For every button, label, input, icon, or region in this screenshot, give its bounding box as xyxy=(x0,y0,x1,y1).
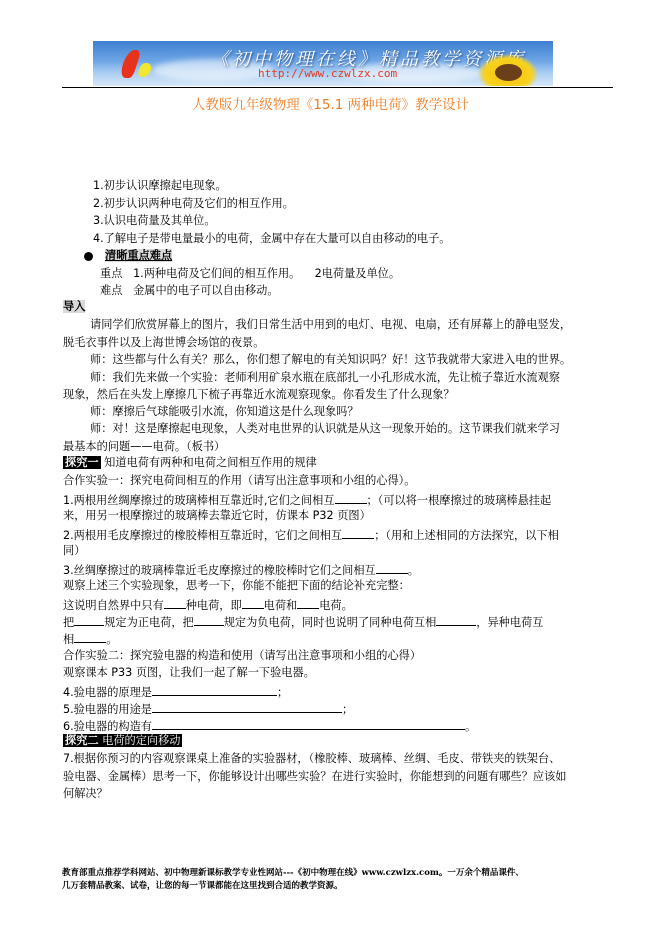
conclusion-text: 规定为正电荷，把 xyxy=(104,616,194,629)
conclusion-2-cont: 相。 xyxy=(63,631,117,647)
key-point-2: 2电荷量及单位。 xyxy=(315,267,400,280)
question-text: ；（可以将一根摩擦过的玻璃棒悬挂起 xyxy=(367,494,552,507)
intro-paragraph: 师：摩擦后气球能吸引水流，你知道这是什么现象吗？ xyxy=(90,405,359,419)
intro-heading-row: 导入 xyxy=(63,300,85,314)
key-point-1: 1.两种电荷及它们间的相互作用。 xyxy=(133,267,300,280)
explore2-title: 电荷的定向移动 xyxy=(102,734,180,747)
question-text: 2.两根用毛皮摩擦过的橡胶棒相互靠近时，它们之间相互 xyxy=(63,529,342,542)
objective-item: 1.初步认识摩擦起电现象。 xyxy=(93,179,227,193)
observe-prompt-2: 观察课本 P33 页图，让我们一起了解一下验电器。 xyxy=(63,666,315,680)
conclusion-text: 。 xyxy=(106,633,117,646)
question-text: 4.验电器的原理是 xyxy=(63,686,152,699)
explore1-tag: 探究一 xyxy=(63,456,101,469)
answer-blank[interactable] xyxy=(74,614,104,626)
conclusion-2: 把规定为正电荷，把规定为负电荷，同时也说明了同种电荷互相，异种电荷互 xyxy=(63,614,543,630)
conclusion-text: 把 xyxy=(63,616,74,629)
explore1-heading-row: 探究一 知道电荷有两种和电荷之间相互作用的规律 xyxy=(63,456,317,470)
question-2: 2.两根用毛皮摩擦过的橡胶棒相互靠近时，它们之间相互；（用和上述相同的方法探究，… xyxy=(63,527,559,543)
difficult-point-row: 难点 金属中的电子可以自由移动。 xyxy=(100,284,279,298)
intro-heading: 导入 xyxy=(63,300,85,313)
objective-item: 4.了解电子是带电量最小的电荷，金属中存在大量可以自由移动的电子。 xyxy=(93,232,451,246)
banner-url-link[interactable]: http://www.czwlzx.com xyxy=(258,67,397,80)
key-label: 重点 xyxy=(100,267,122,280)
explore1-title: 知道电荷有两种和电荷之间相互作用的规律 xyxy=(104,456,317,469)
question-text: 5.验电器的用途是 xyxy=(63,703,152,716)
conclusion-text: 种电荷，即 xyxy=(186,599,242,612)
observe-prompt: 观察上述三个实验现象，思考一下，你能不能把下面的结论补充完整： xyxy=(63,579,410,593)
intro-paragraph: 脱毛衣事件以及上海世博会场馆的夜景。 xyxy=(63,336,264,350)
question-text: ；（用和上述相同的方法探究，以下相 xyxy=(374,529,559,542)
answer-blank[interactable] xyxy=(194,614,224,626)
objective-item: 3.认识电荷量及其单位。 xyxy=(93,214,216,228)
answer-blank[interactable] xyxy=(152,718,465,730)
question-4: 4.验电器的原理是； xyxy=(63,684,288,700)
site-banner: 《初中物理在线》精品教学资源库 http://www.czwlzx.com xyxy=(93,41,553,86)
conclusion-text: 规定为负电荷，同时也说明了同种电荷互相 xyxy=(224,616,437,629)
question-3: 3.丝绸摩擦过的玻璃棒靠近毛皮摩擦过的橡胶棒时它们之间相互。 xyxy=(63,562,419,578)
question-text: 3.丝绸摩擦过的玻璃棒靠近毛皮摩擦过的橡胶棒时它们之间相互 xyxy=(63,564,376,577)
question-7-cont: 验电器、金属棒）思考一下，你能够设计出哪些实验？在进行实验时，你能想到的问题有哪… xyxy=(63,770,566,784)
sunflower-icon xyxy=(478,54,538,86)
conclusion-text: 电荷和 xyxy=(264,599,298,612)
objective-item: 2.初步认识两种电荷及它们的相互作用。 xyxy=(93,197,294,211)
intro-paragraph: 现象，然后在头发上摩擦几下梳子再靠近水流观察现象。你看发生了什么现象？ xyxy=(63,388,455,402)
answer-blank[interactable] xyxy=(74,631,106,643)
question-text: 。 xyxy=(408,564,419,577)
question-1: 1.两根用丝绸摩擦过的玻璃棒相互靠近时,它们之间相互；（可以将一根摩擦过的玻璃棒… xyxy=(63,492,551,508)
conclusion-text: ，异种电荷互 xyxy=(476,616,543,629)
explore2-heading-row: 探究二 电荷的定向移动 xyxy=(63,734,182,748)
conclusion-text: 相 xyxy=(63,633,74,646)
conclusion-1: 这说明自然界中只有种电荷，即电荷和电荷。 xyxy=(63,597,353,613)
question-6: 6.验电器的构造有。 xyxy=(63,718,476,734)
question-text: ； xyxy=(342,703,353,716)
intro-paragraph: 请同学们欣赏屏幕上的图片，我们日常生活中用到的电灯、电视、电扇，还有屏幕上的静电… xyxy=(90,318,571,332)
experiment2-heading: 合作实验二：探究验电器的构造和使用（请写出注意事项和小组的心得） xyxy=(63,649,421,663)
footer-line: 几万套精品教案、试卷，让您的每一节课都能在这里找到合适的教学资源。 xyxy=(62,879,343,891)
conclusion-text: 这说明自然界中只有 xyxy=(63,599,164,612)
explore2-heading: 探究二 电荷的定向移动 xyxy=(63,734,182,747)
conclusion-text: 电荷。 xyxy=(319,599,353,612)
difficult-label: 难点 xyxy=(100,284,122,297)
experiment1-heading: 合作实验一：探究电荷间相互的作用（请写出注意事项和小组的心得）。 xyxy=(63,474,415,488)
document-title: 人教版九年级物理《15.1 两种电荷》教学设计 xyxy=(0,93,661,113)
answer-blank[interactable] xyxy=(297,597,319,609)
key-points-heading: 清晰重点难点 xyxy=(105,249,172,262)
answer-blank[interactable] xyxy=(152,684,277,696)
explore2-tag: 探究二 xyxy=(65,734,99,747)
question-1-cont: 来，用另一根摩擦过的玻璃棒去靠近它时，仿课本 P32 页图） xyxy=(63,509,371,523)
answer-blank[interactable] xyxy=(164,597,186,609)
bullet-icon xyxy=(84,252,93,261)
answer-blank[interactable] xyxy=(376,562,408,574)
question-7: 7.根据你预习的内容观察课桌上准备的实验器材，（橡胶棒、玻璃棒、丝绸、毛皮、带铁… xyxy=(63,752,560,766)
header-divider xyxy=(62,87,613,88)
question-text: 。 xyxy=(465,720,476,733)
key-point-row: 重点 1.两种电荷及它们间的相互作用。 2电荷量及单位。 xyxy=(100,267,400,281)
answer-blank[interactable] xyxy=(436,614,476,626)
question-text: 6.验电器的构造有 xyxy=(63,720,152,733)
question-5: 5.验电器的用途是； xyxy=(63,701,353,717)
footer-line: 教育部重点推荐学科网站、初中物理新课标教学专业性网站---《初中物理在线》www… xyxy=(62,866,524,878)
answer-blank[interactable] xyxy=(242,597,264,609)
logo-yellow-shape-icon xyxy=(137,63,154,77)
intro-paragraph: 师：我们先来做一个实验：老师利用矿泉水瓶在底部扎一小孔形成水流，先让梳子靠近水流… xyxy=(90,371,560,385)
key-points-heading-row: 清晰重点难点 xyxy=(84,249,172,263)
answer-blank[interactable] xyxy=(152,701,342,713)
intro-paragraph: 师：这些都与什么有关？那么，你们想了解电的有关知识吗？好！这节我就带大家进入电的… xyxy=(90,353,571,367)
answer-blank[interactable] xyxy=(335,492,367,504)
question-text: ； xyxy=(277,686,288,699)
intro-paragraph: 最基本的问题——电荷。（板书） xyxy=(63,440,225,454)
question-2-cont: 同） xyxy=(63,544,85,558)
question-7-cont: 何解决？ xyxy=(63,787,108,801)
intro-paragraph: 师：对！这是摩擦起电现象，人类对电世界的认识就是从这一现象开始的。这节课我们就来… xyxy=(90,422,560,436)
answer-blank[interactable] xyxy=(342,527,374,539)
question-text: 1.两根用丝绸摩擦过的玻璃棒相互靠近时,它们之间相互 xyxy=(63,494,335,507)
difficult-point: 金属中的电子可以自由移动。 xyxy=(133,284,278,297)
